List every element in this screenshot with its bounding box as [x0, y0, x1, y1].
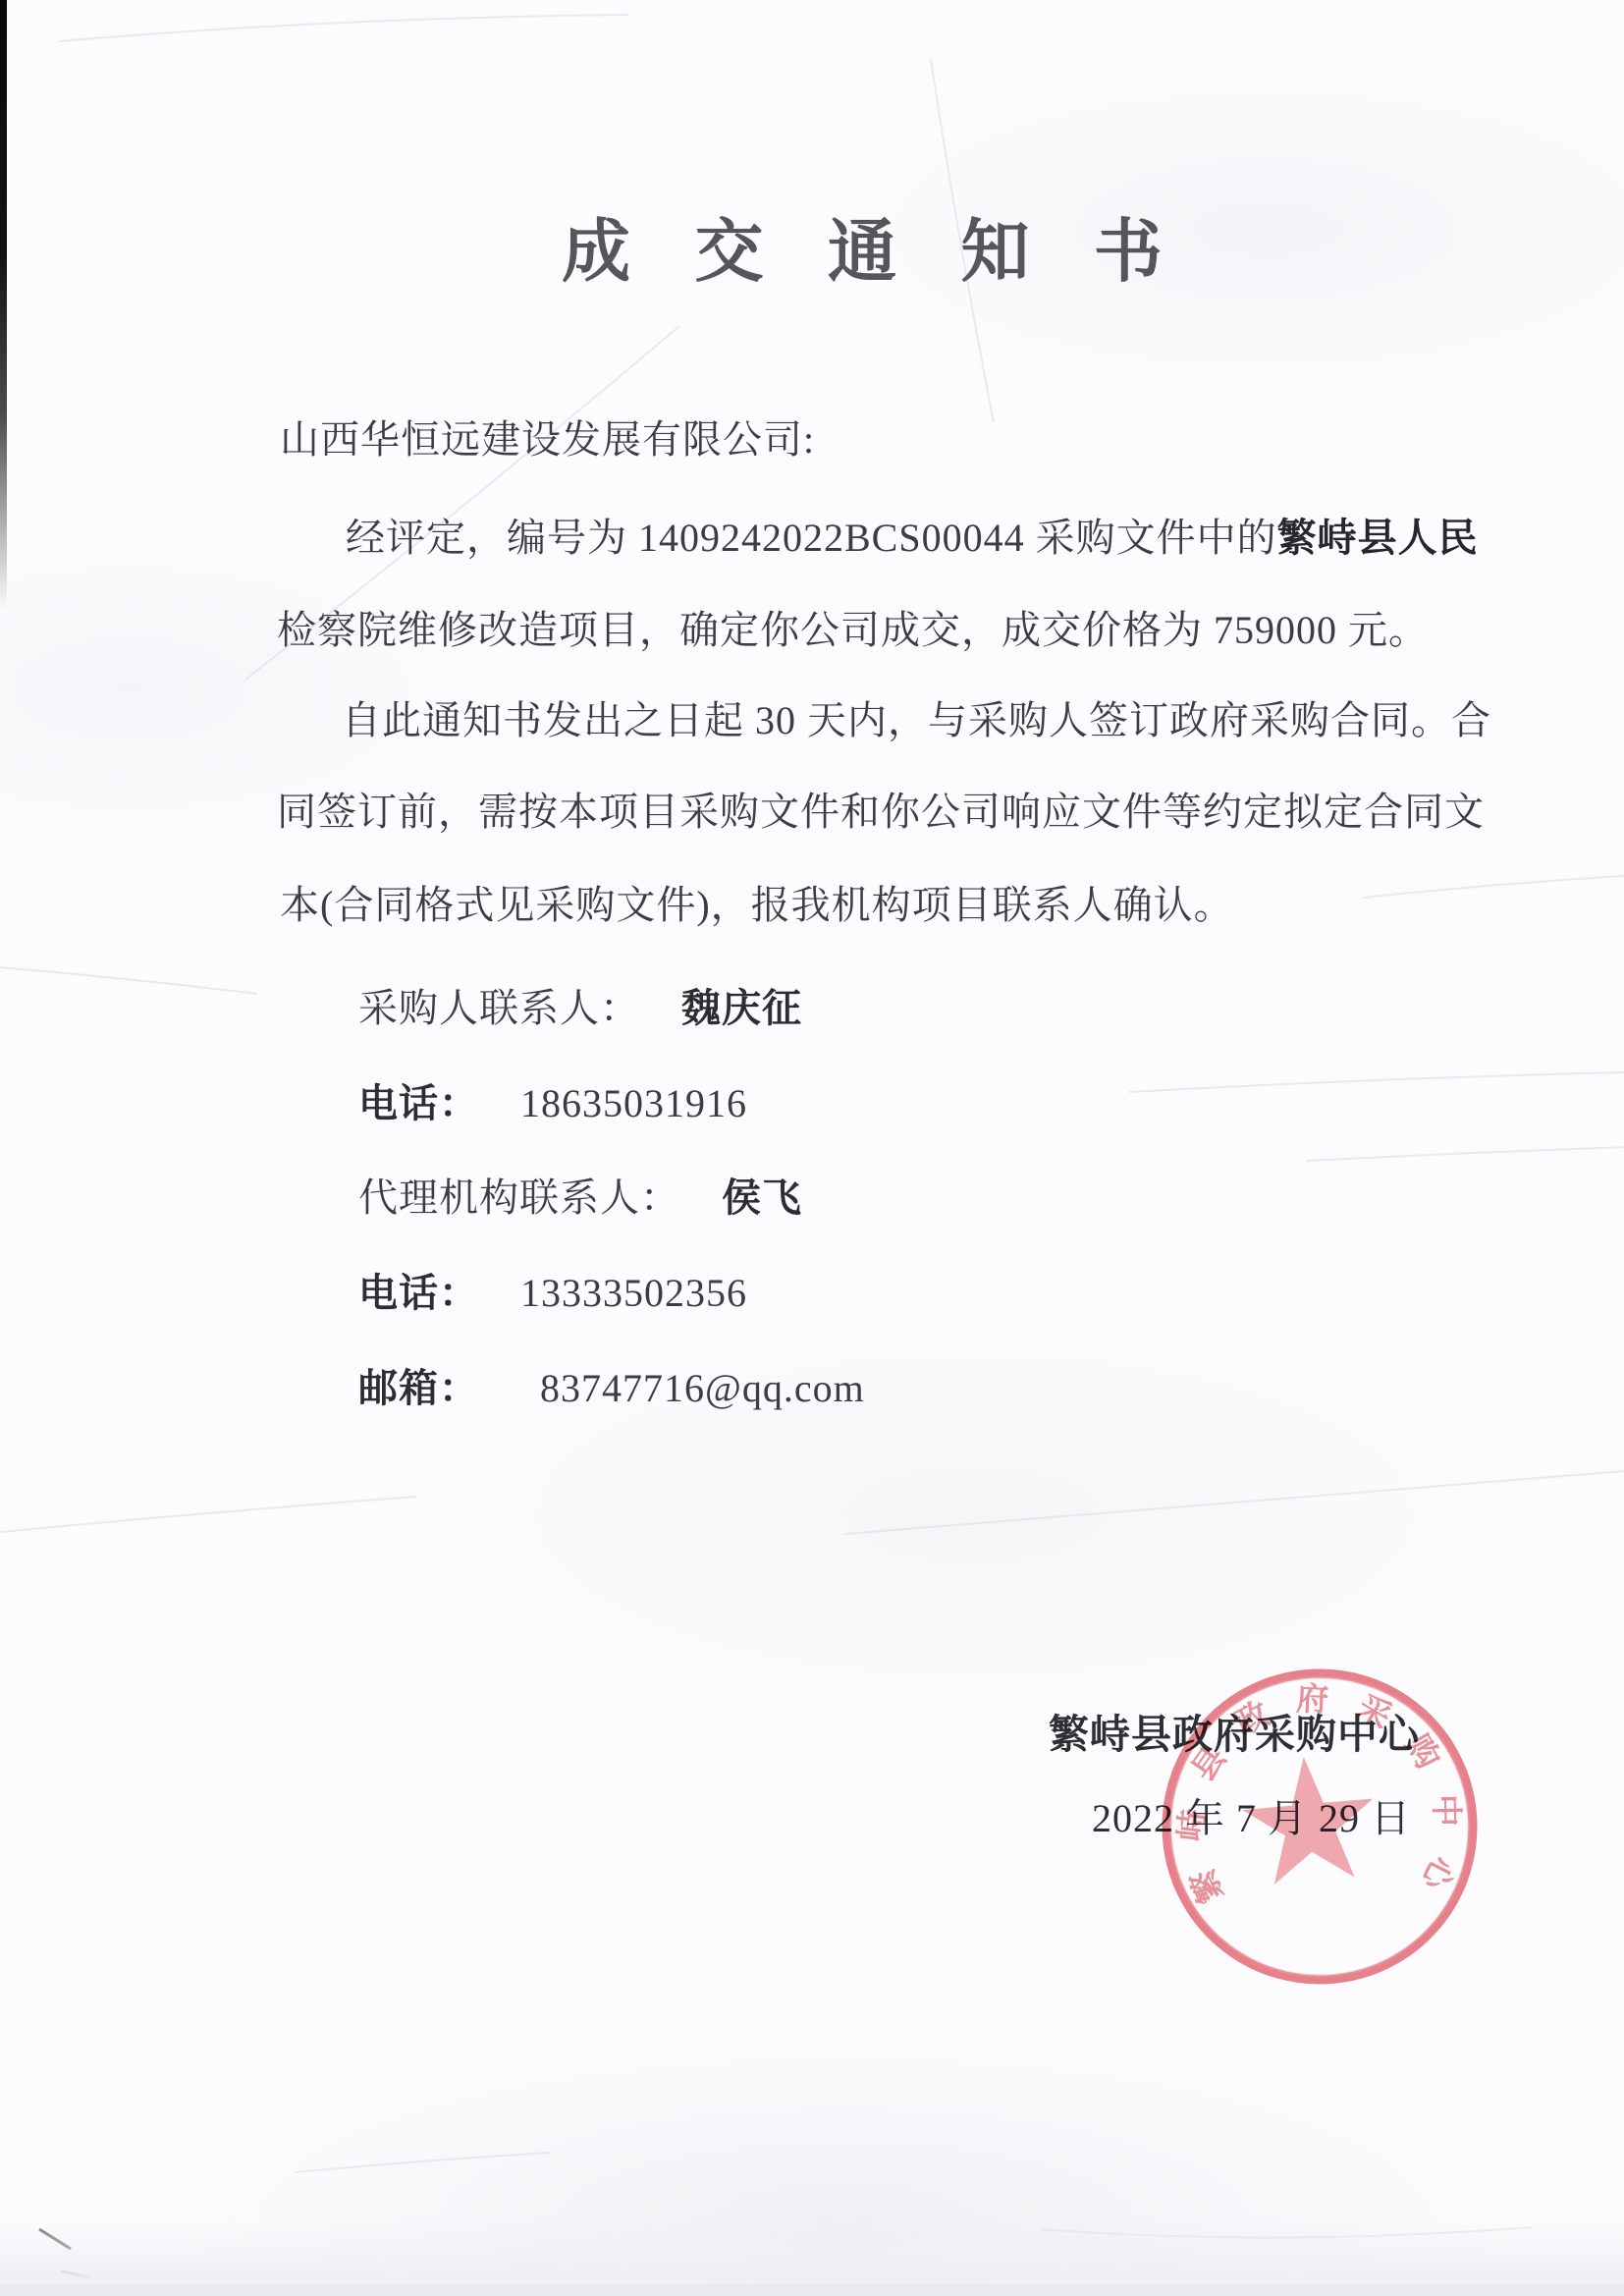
stamp-star	[1238, 1751, 1380, 1886]
contact-value: 13333502356	[520, 1270, 747, 1316]
contact-label: 电话：	[358, 1271, 479, 1315]
contact-agency-email: 邮箱：83747716@qq.com	[358, 1357, 865, 1413]
contact-label: 采购人联系人：	[358, 986, 640, 1030]
body-line-1-text: 经评定，编号为 1409242022BCS00044 采购文件中的	[346, 516, 1277, 560]
body-line-4: 同签订前，需按本项目采购文件和你公司响应文件等约定拟定合同文	[277, 789, 1485, 836]
contact-agency-person: 代理机构联系人：侯飞	[358, 1167, 802, 1223]
contact-value: 18635031916	[520, 1080, 747, 1126]
contact-value: 侯飞	[722, 1167, 802, 1223]
body-line-2: 检察院维修改造项目，确定你公司成交，成交价格为 759000 元。	[277, 607, 1429, 654]
scanned-document-page: 成 交 通 知 书 山西华恒远建设发展有限公司: 经评定，编号为 1409242…	[0, 0, 1624, 2296]
contact-label: 邮箱：	[358, 1366, 479, 1410]
contact-label: 电话：	[358, 1081, 479, 1125]
contact-value: 魏庆征	[681, 977, 802, 1033]
body-line-3: 自此通知书发出之日起 30 天内，与采购人签订政府采购合同。合	[342, 697, 1491, 744]
scan-edge-left	[0, 0, 7, 609]
scan-edge-bottom	[0, 2284, 1624, 2296]
contact-agency-phone: 电话：13333502356	[358, 1262, 747, 1318]
contact-buyer-phone: 电话：18635031916	[358, 1072, 747, 1128]
body-line-1-bold-text: 繁峙县人民	[1277, 516, 1479, 560]
contact-buyer-person: 采购人联系人：魏庆征	[358, 977, 802, 1033]
recipient-company: 山西华恒远建设发展有限公司:	[280, 416, 815, 464]
document-title: 成 交 通 知 书	[55, 196, 1624, 296]
official-red-stamp: 繁峙县政府采购中心	[1132, 1639, 1506, 2013]
contact-value: 83747716@qq.com	[540, 1365, 865, 1411]
body-line-1: 经评定，编号为 1409242022BCS00044 采购文件中的繁峙县人民	[346, 515, 1479, 562]
body-line-5: 本(合同格式见采购文件)，报我机构项目联系人确认。	[280, 882, 1234, 929]
scan-shadow-bottom	[0, 2215, 1624, 2284]
contact-label: 代理机构联系人：	[358, 1175, 680, 1220]
